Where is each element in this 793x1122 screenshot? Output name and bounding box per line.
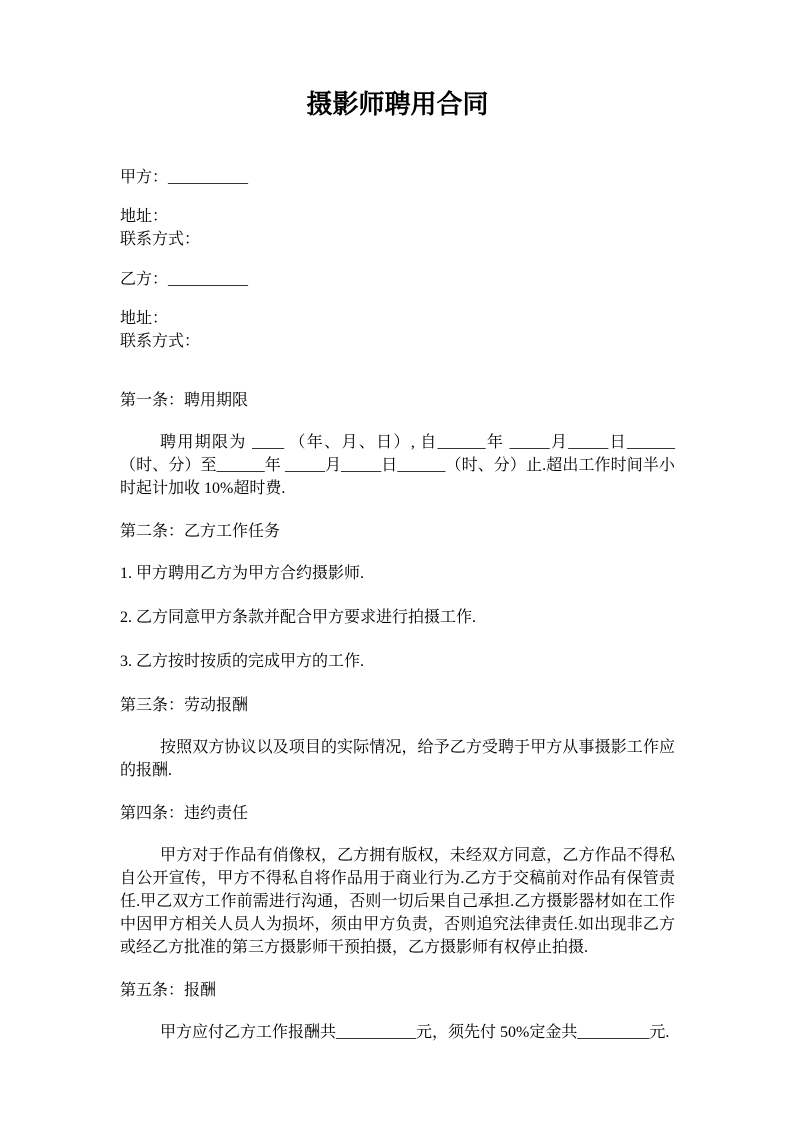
article-2-heading: 第二条：乙方工作任务 xyxy=(120,520,675,543)
party-b-details: 地址： 联系方式： xyxy=(120,307,675,353)
party-a-blank-field: __________ xyxy=(168,169,248,186)
party-b-address-label: 地址： xyxy=(120,307,675,330)
party-a-label: 甲方： xyxy=(120,169,168,186)
article-2-item-1: 1. 甲方聘用乙方为甲方合约摄影师. xyxy=(120,562,675,585)
article-3-body: 按照双方协议以及项目的实际情况，给予乙方受聘于甲方从事摄影工作应的报酬. xyxy=(120,736,675,782)
article-2-item-3: 3. 乙方按时按质的完成甲方的工作. xyxy=(120,650,675,673)
article-5-body: 甲方应付乙方工作报酬共__________元，须先付 50%定金共_______… xyxy=(120,1021,675,1044)
document-title: 摄影师聘用合同 xyxy=(120,88,675,122)
article-5-heading: 第五条：报酬 xyxy=(120,979,675,1002)
article-1-body: 聘用期限为 ____ （年、月、日）, 自______年 _____月_____… xyxy=(120,431,675,500)
party-a-contact-label: 联系方式： xyxy=(120,228,675,251)
contract-page: 摄影师聘用合同 甲方：__________ 地址： 联系方式： 乙方：_____… xyxy=(0,0,793,1122)
party-a-details: 地址： 联系方式： xyxy=(120,205,675,251)
party-b-line: 乙方：__________ xyxy=(120,268,675,291)
party-a-line: 甲方：__________ xyxy=(120,166,675,189)
party-b-contact-label: 联系方式： xyxy=(120,330,675,353)
party-b-label: 乙方： xyxy=(120,271,168,288)
party-b-blank-field: __________ xyxy=(168,271,248,288)
party-a-address-label: 地址： xyxy=(120,205,675,228)
article-4-body: 甲方对于作品有俏像权，乙方拥有版权，未经双方同意，乙方作品不得私自公开宣传，甲方… xyxy=(120,844,675,959)
article-1-heading: 第一条：聘用期限 xyxy=(120,389,675,412)
article-3-heading: 第三条：劳动报酬 xyxy=(120,694,675,717)
article-2-item-2: 2. 乙方同意甲方条款并配合甲方要求进行拍摄工作. xyxy=(120,606,675,629)
article-4-heading: 第四条：违约责任 xyxy=(120,802,675,825)
